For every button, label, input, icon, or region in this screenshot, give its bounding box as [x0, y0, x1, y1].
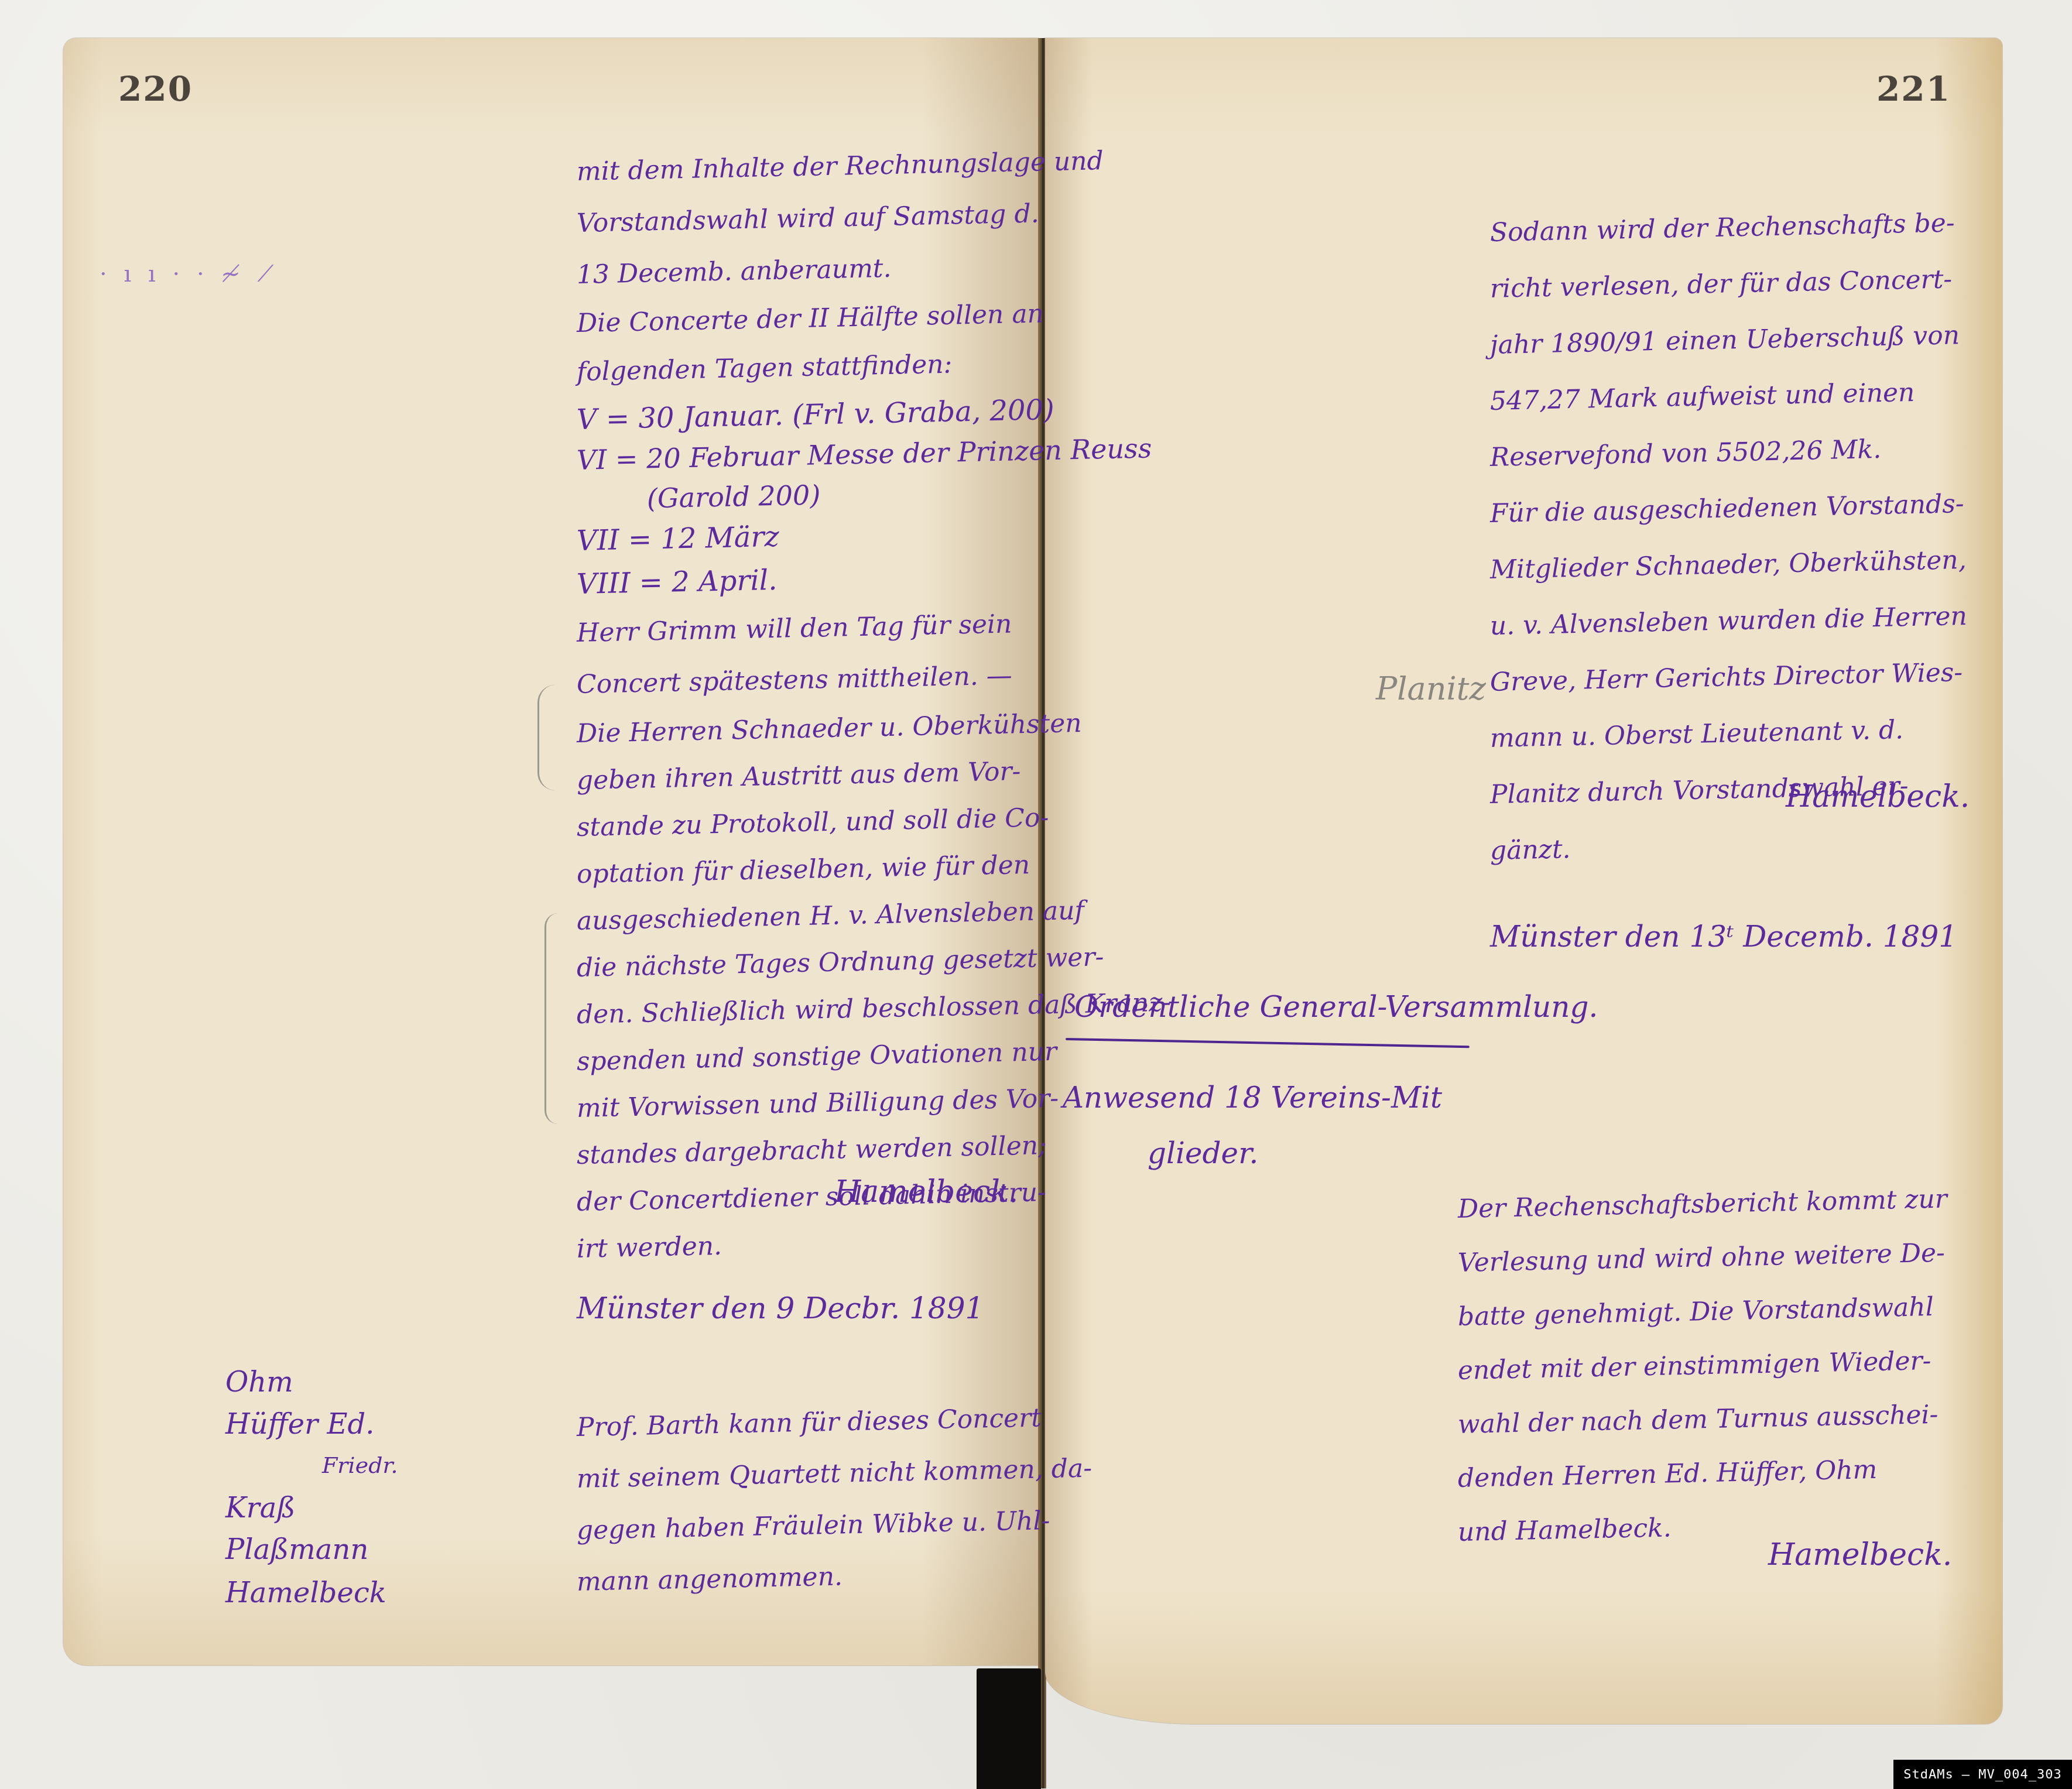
text-line: Für die ausgeschiedenen Vorstands-	[1489, 476, 1968, 542]
text-line: mann u. Oberst Lieutenant v. d.	[1489, 701, 1968, 767]
right-top-text: Sodann wird der Rechenschafts be- richt …	[1490, 205, 1967, 879]
date-line-right: Münster den 13ᵗ Decemb. 1891	[1490, 922, 1957, 951]
text-line: Verlesung und wird ohne weitere De-	[1457, 1226, 1948, 1290]
text-line: jahr 1890/91 einen Ueberschuß von	[1489, 307, 1968, 373]
text-line: Mitglieder Schnaeder, Oberkühsten,	[1489, 532, 1968, 598]
binding-strap	[977, 1668, 1041, 1789]
attendee: Plaßmann	[225, 1528, 398, 1571]
attendance-line-1: Anwesend 18 Vereins-Mit	[1063, 1083, 1442, 1112]
text-line: mann angenommen.	[576, 1546, 1092, 1608]
text-line: gänzt.	[1489, 813, 1968, 879]
text-line: batte genehmigt. Die Vorstandswahl	[1457, 1280, 1948, 1344]
attendance-line-2: glieder.	[1148, 1139, 1258, 1168]
left-second-entry: Prof. Barth kann für dieses Concert mit …	[577, 1402, 1092, 1608]
attendee-list: Ohm Hüffer Ed. Friedr. Kraß Plaßmann Ham…	[225, 1358, 398, 1615]
attendee: Friedr.	[225, 1442, 398, 1488]
attendee: Kraß	[225, 1488, 398, 1528]
right-body-text: Der Rechenschaftsbericht kommt zur Verle…	[1458, 1183, 1947, 1560]
date-line-left: Münster den 9 Decbr. 1891	[577, 1294, 984, 1323]
signature-hamelbeck-2: Hamelbeck.	[1786, 782, 1970, 812]
attendee: Hüffer Ed.	[225, 1406, 398, 1442]
page-number-right: 221	[1876, 69, 1951, 109]
text-line: 547,27 Mark aufweist und einen	[1489, 364, 1968, 430]
signature-hamelbeck-3: Hamelbeck.	[1768, 1540, 1952, 1570]
text-line: denden Herren Ed. Hüffer, Ohm	[1457, 1442, 1948, 1506]
ink-smudge: · ı ı · · ≁ ⟋	[100, 261, 279, 287]
text-line: Greve, Herr Gerichts Director Wies-	[1489, 645, 1968, 711]
text-line: Sodann wird der Rechenschafts be-	[1489, 195, 1968, 261]
text-line: richt verlesen, der für das Concert-	[1489, 251, 1968, 317]
text-line: wahl der nach dem Turnus ausschei-	[1457, 1388, 1948, 1452]
archive-id-stamp: StdAMs – MV_004_303	[1893, 1760, 2072, 1789]
pencil-bracket-top	[537, 685, 557, 790]
pencil-bracket-bottom	[544, 913, 558, 1124]
heading-general-assembly: Ordentliche General-Versammlung.	[1074, 992, 1598, 1022]
text-line: u. v. Alvensleben wurden die Herren	[1489, 588, 1968, 654]
attendee: Ohm	[225, 1358, 398, 1406]
text-line: Reservefond von 5502,26 Mk.	[1489, 420, 1968, 486]
pencil-margin-note: Planitz	[1376, 673, 1486, 705]
signature-hamelbeck-1: Hamelbeck.	[834, 1177, 1018, 1207]
page-number-left: 220	[118, 69, 193, 109]
attendee: Hamelbeck	[225, 1571, 398, 1615]
text-line: Der Rechenschaftsbericht kommt zur	[1457, 1173, 1948, 1236]
text-line: endet mit der einstimmigen Wieder-	[1457, 1334, 1948, 1398]
